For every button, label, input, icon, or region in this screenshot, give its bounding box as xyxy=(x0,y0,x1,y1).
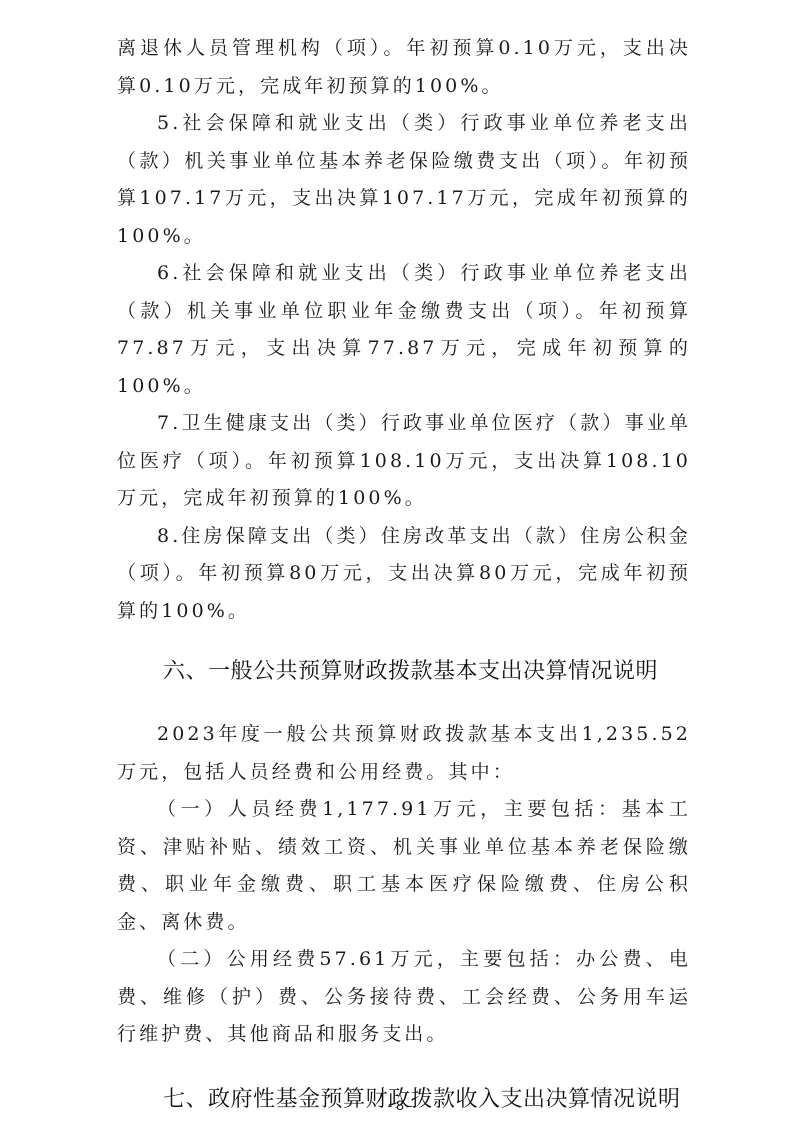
paragraph-item-6: 6.社会保障和就业支出（类）行政事业单位养老支出（款）机关事业单位职业年金缴费支… xyxy=(117,255,691,405)
paragraph-item-8: 8.住房保障支出（类）住房改革支出（款）住房公积金（项）。年初预算80万元，支出… xyxy=(117,518,691,631)
document-page: 离退休人员管理机构（项）。年初预算0.10万元，支出决算0.10万元，完成年初预… xyxy=(117,30,691,1115)
section6-personnel-expenses: （一）人员经费1,177.91万元，主要包括：基本工资、津贴补贴、绩效工资、机关… xyxy=(117,791,691,941)
paragraph-item-7: 7.卫生健康支出（类）行政事业单位医疗（款）事业单位医疗（项）。年初预算108.… xyxy=(117,405,691,518)
page-number: - 8 - xyxy=(0,1097,800,1113)
section-heading-6: 六、一般公共预算财政拨款基本支出决算情况说明 xyxy=(117,657,691,687)
paragraph-item-5: 5.社会保障和就业支出（类）行政事业单位养老支出（款）机关事业单位基本养老保险缴… xyxy=(117,105,691,255)
section6-public-expenses: （二）公用经费57.61万元，主要包括：办公费、电费、维修（护）费、公务接待费、… xyxy=(117,941,691,1054)
section6-intro: 2023年度一般公共预算财政拨款基本支出1,235.52万元，包括人员经费和公用… xyxy=(117,716,691,791)
paragraph-item-4-continued: 离退休人员管理机构（项）。年初预算0.10万元，支出决算0.10万元，完成年初预… xyxy=(117,30,691,105)
